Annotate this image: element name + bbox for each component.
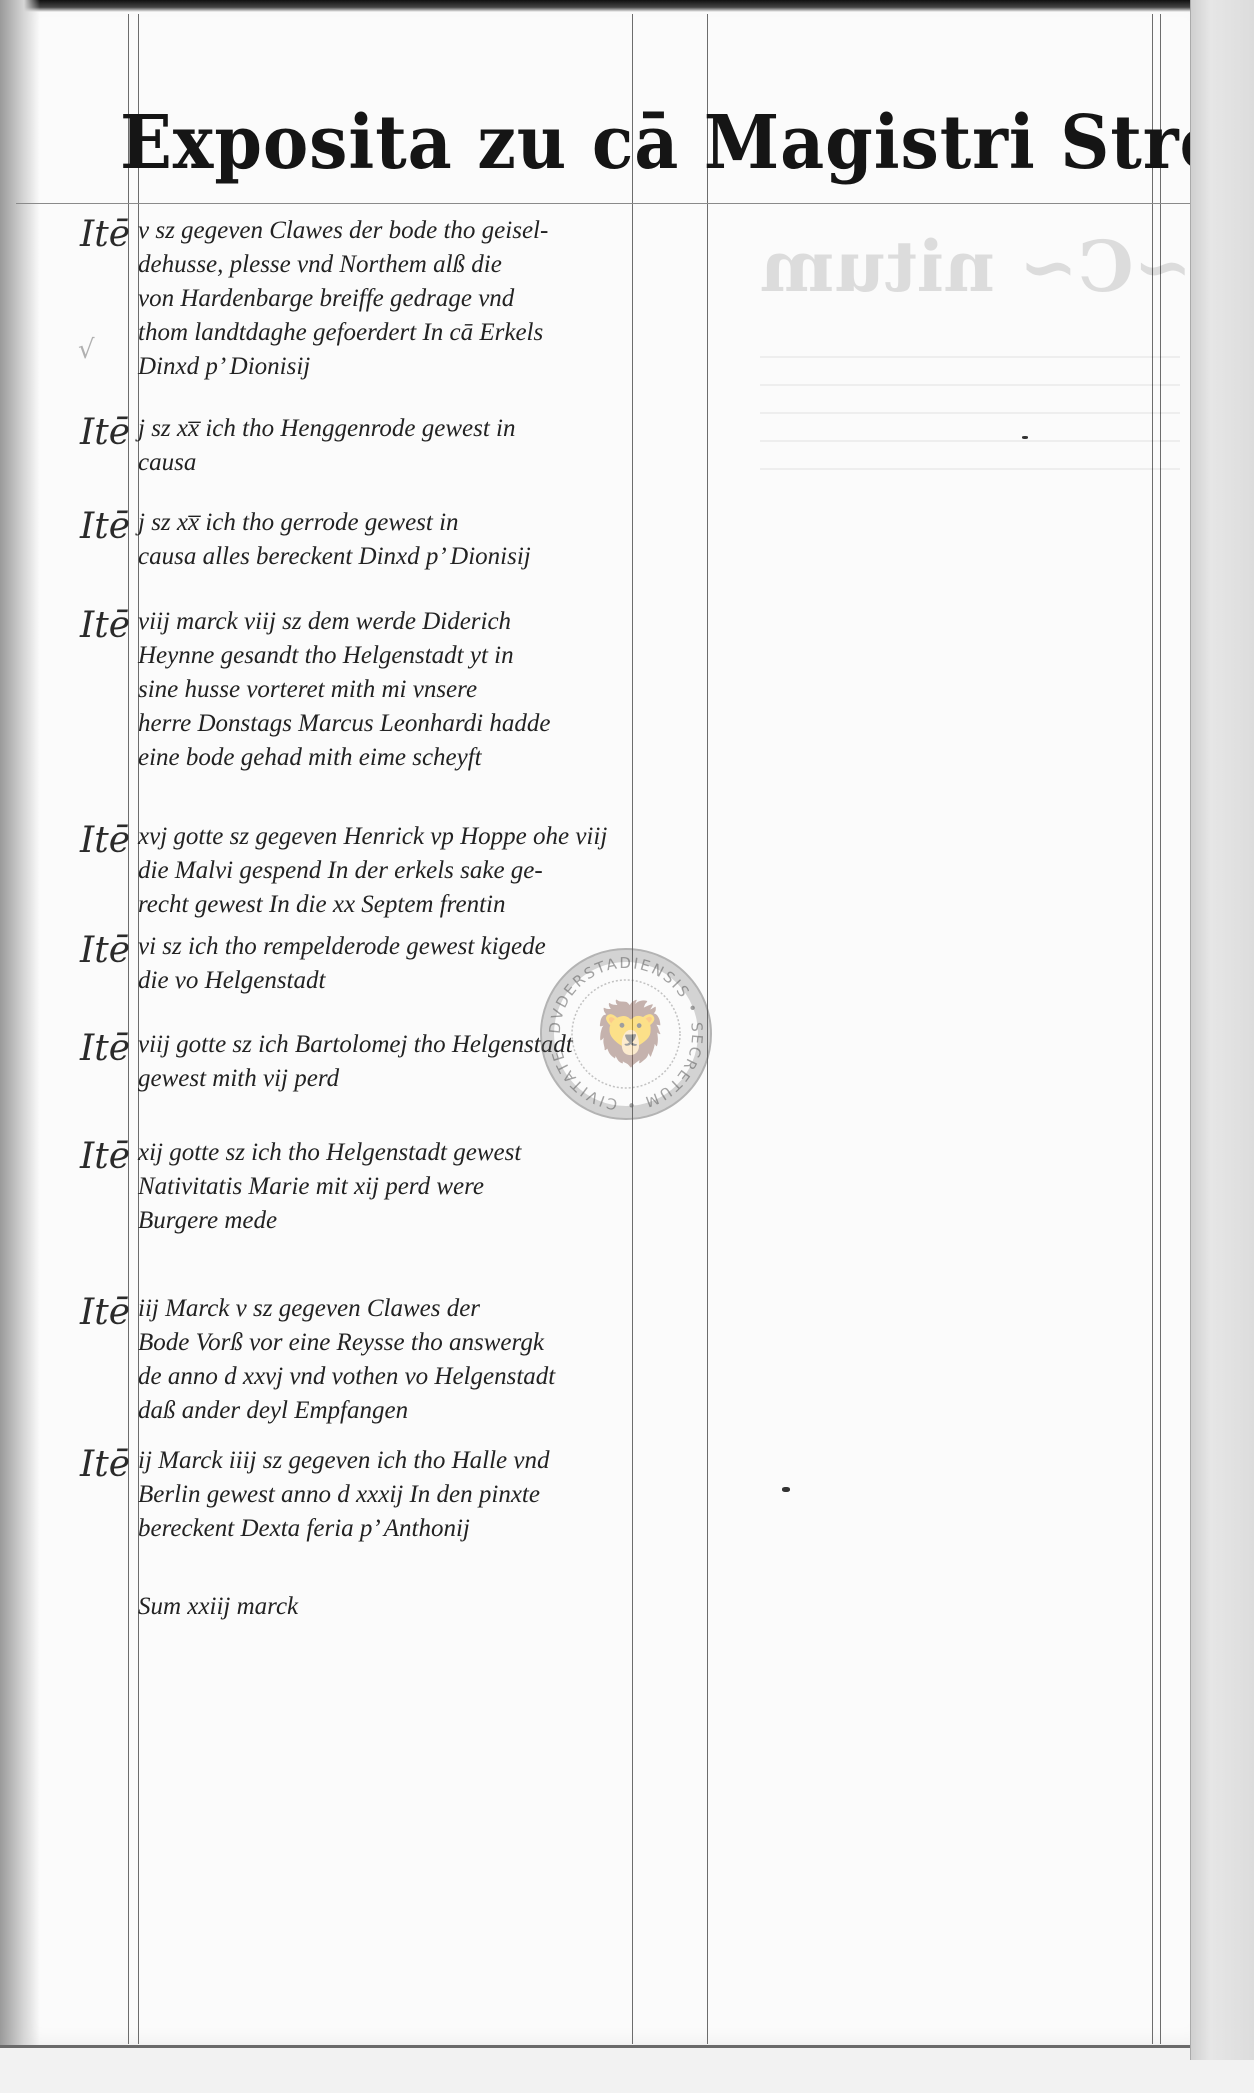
lion-emblem-icon: 🦁 (592, 994, 662, 1074)
entry-line: v sz gegeven Clawes der bode tho geisel- (138, 214, 718, 248)
entry-line: viij marck viij sz dem werde Diderich (138, 605, 718, 639)
entry-line: ij Marck iiij sz gegeven ich tho Halle v… (138, 1444, 718, 1478)
heading-baseline-rule (16, 203, 1250, 204)
entry-line: Burgere mede (138, 1204, 718, 1238)
entry-line: Berlin gewest anno d xxxij In den pinxte (138, 1478, 718, 1512)
manuscript-page: ntum ~C~ nitum Exposita zu cā Magistri S… (0, 0, 1190, 2048)
entry-line: die Malvi gespend In der erkels sake ge- (138, 854, 718, 888)
ink-spot (1022, 436, 1028, 439)
entry-line: daß ander deyl Empfangen (138, 1394, 718, 1428)
item-mark: Itē (80, 1136, 130, 1177)
entry-text: j sz xx̅ ich tho gerrode gewest in causa… (138, 506, 718, 574)
page-top-edge (0, 0, 1254, 12)
bleed-through-text (760, 330, 1180, 496)
item-mark: Itē (80, 820, 130, 861)
total-line: Sum xxiij marck (138, 1590, 718, 1624)
adjacent-page-edge: 1’ Iḗ Iḗ Iḗ Iḗ Iḗ Iḗ (1190, 0, 1254, 2060)
entry-line: iij Marck v sz gegeven Clawes der (138, 1292, 718, 1326)
margin-rule-right (1152, 14, 1153, 2044)
entry-text: iij Marck v sz gegeven Clawes der Bode V… (138, 1292, 718, 1428)
entry-line: von Hardenbarge breiffe gedrage vnd (138, 282, 718, 316)
item-mark: Itē (80, 506, 130, 547)
entry-line: thom landtdaghe gefoerdert In cā Erkels (138, 316, 718, 350)
margin-check-mark: √ (78, 335, 95, 365)
entry-line: xvj gotte sz gegeven Henrick vp Hoppe oh… (138, 820, 718, 854)
entry-text: xvj gotte sz gegeven Henrick vp Hoppe oh… (138, 820, 718, 922)
entry-text: v sz gegeven Clawes der bode tho geisel-… (138, 214, 718, 384)
entry-line: dehusse, plesse vnd Northem alß die (138, 248, 718, 282)
item-mark: Itē (80, 1292, 130, 1333)
entry-line: j sz xx̅ ich tho Henggenrode gewest in (138, 412, 718, 446)
item-mark: Itē (80, 412, 130, 453)
entry-line: Dinxd p’ Dionisij (138, 350, 718, 384)
entry-line: Bode Vorß vor eine Reysse tho answergk (138, 1326, 718, 1360)
entry-line: sine husse vorteret mith mi vnsere (138, 673, 718, 707)
entry-line: de anno d xxvj vnd vothen vo Helgenstadt (138, 1360, 718, 1394)
entry-text: j sz xx̅ ich tho Henggenrode gewest in c… (138, 412, 718, 480)
city-seal-stamp: DVDERSTADIENSIS • SECRETUM • CIVITATE 🦁 (540, 948, 712, 1120)
total-text: Sum xxiij marck (138, 1590, 718, 1624)
entry-line: causa alles bereckent Dinxd p’ Dionisij (138, 540, 718, 574)
margin-rule-right-inner (1160, 14, 1161, 2044)
entry-line: xij gotte sz ich tho Helgenstadt gewest (138, 1136, 718, 1170)
entry-text: xij gotte sz ich tho Helgenstadt gewest … (138, 1136, 718, 1238)
item-mark: Itē (80, 214, 130, 255)
page-heading: Exposita zu cā Magistri Stromeigers (120, 100, 1114, 186)
entry-line: herre Donstags Marcus Leonhardi hadde (138, 707, 718, 741)
entry-line: eine bode gehad mith eime scheyft (138, 741, 718, 775)
item-mark: Itē (80, 930, 130, 971)
item-mark: Itē (80, 1444, 130, 1485)
entry-line: causa (138, 446, 718, 480)
entry-text: viij marck viij sz dem werde Diderich He… (138, 605, 718, 775)
entry-line: Nativitatis Marie mit xij perd were (138, 1170, 718, 1204)
item-mark: Itē (80, 1028, 130, 1069)
entry-line: j sz xx̅ ich tho gerrode gewest in (138, 506, 718, 540)
item-mark: Itē (80, 605, 130, 646)
page-binding-edge (0, 0, 40, 2045)
ink-spot (782, 1487, 790, 1492)
entry-line: Heynne gesandt tho Helgenstadt yt in (138, 639, 718, 673)
entry-line: bereckent Dexta feria p’ Anthonij (138, 1512, 718, 1546)
bleed-through-heading: ntum ~C~ nitum (760, 225, 1254, 308)
entry-line: recht gewest In die xx Septem frentin (138, 888, 718, 922)
entry-text: ij Marck iiij sz gegeven ich tho Halle v… (138, 1444, 718, 1546)
